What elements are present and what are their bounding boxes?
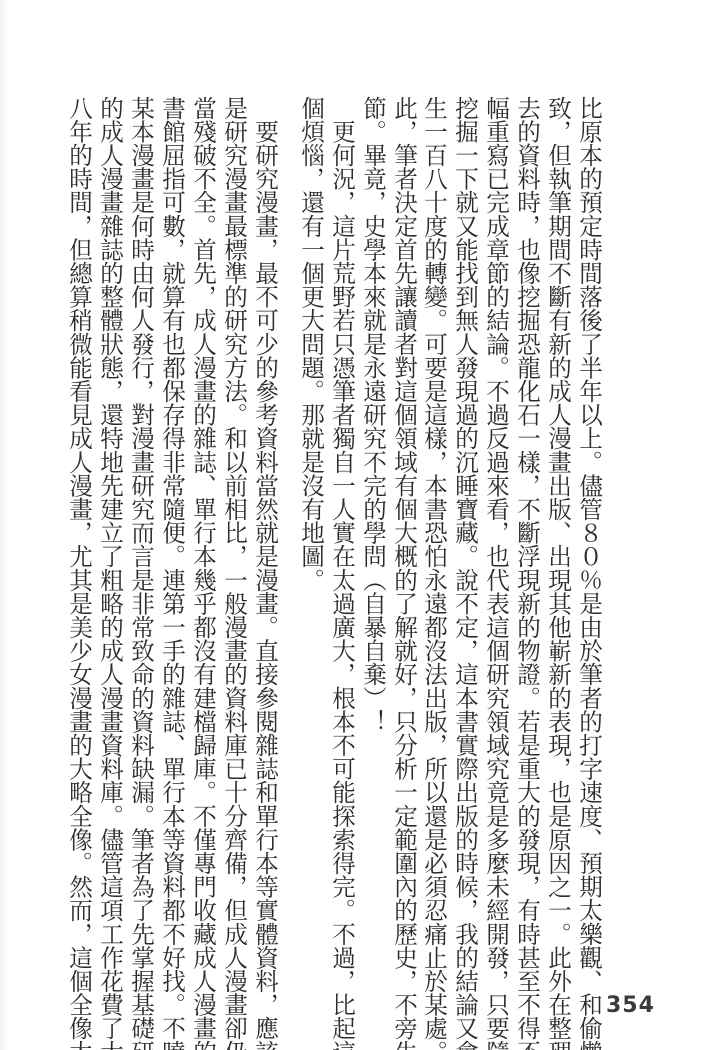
text-column: 此，筆者決定首先讓讀者對這個領域有個大概的了解就好，只分析一定範圍內的歷史，不旁… xyxy=(391,96,417,906)
text-column: 更何況，這片荒野若只憑筆者獨自一人實在太過廣大，根本不可能探索得完。不過，比起這 xyxy=(329,96,355,906)
text-column: 節。畢竟，史學本來就是永遠研究不完的學問（自暴自棄）！ xyxy=(360,96,386,906)
text-column: 八年的時間，但總算稍微能看見成人漫畫，尤其是美少女漫畫的大略全像。然而，這個全像… xyxy=(66,96,92,906)
text-column: 比原本的預定時間落後了半年以上。儘管８０％是由於筆者的打字速度、預期太樂觀、和偷… xyxy=(576,96,602,906)
page-edge-shadow xyxy=(0,0,8,1050)
text-column: 是研究漫畫最標準的研究方法。和以前相比，一般漫畫的資料庫已十分齊備，但成人漫畫卻… xyxy=(221,96,247,906)
book-page: 比原本的預定時間落後了半年以上。儘管８０％是由於筆者的打字速度、預期太樂觀、和偷… xyxy=(0,0,707,1050)
text-column: 要研究漫畫，最不可少的參考資料當然就是漫畫。直接參閱雜誌和單行本等實體資料，應該 xyxy=(252,96,278,906)
text-column: 去的資料時，也像挖掘恐龍化石一樣，不斷浮現新的物證。若是重大的發現，有時甚至不得… xyxy=(514,96,540,906)
text-column: 幅重寫已完成章節的結論。不過反過來看，也代表這個研究領域究竟是多麼未經開發，只要… xyxy=(483,96,509,906)
text-column: 個煩惱，還有一個更大問題。那就是沒有地圖。 xyxy=(298,96,324,906)
text-column: 生一百八十度的轉變。可要是這樣，本書恐怕永遠都沒法出版，所以還是必須忍痛止於某處… xyxy=(421,96,447,906)
text-column: 的成人漫畫雜誌的整體狀態，還特地先建立了粗略的成人漫畫資料庫。儘管這項工作花費了… xyxy=(97,96,123,906)
text-column: 某本漫畫是何時由何人發行，對漫畫研究而言是非常致命的資料缺漏。筆者為了先掌握基礎… xyxy=(128,96,154,906)
text-column: 當殘破不全。首先，成人漫畫的雜誌、單行本幾乎都沒有建檔歸庫。不僅專門收藏成人漫畫… xyxy=(190,96,216,906)
text-column: 挖掘一下就又能找到無人發現過的沉睡寶藏。說不定，這本書實際出版的時候，我的結論又… xyxy=(452,96,478,906)
text-column: 致，但執筆期間不斷有新的成人漫畫出版、出現其他嶄新的表現，也是原因之一。此外在整… xyxy=(545,96,571,906)
page-number: 354 xyxy=(606,993,655,1018)
text-column: 書館屈指可數，就算有也都保存得非常隨便。連第一手的雜誌、單行本等資料都不好找。不… xyxy=(159,96,185,906)
